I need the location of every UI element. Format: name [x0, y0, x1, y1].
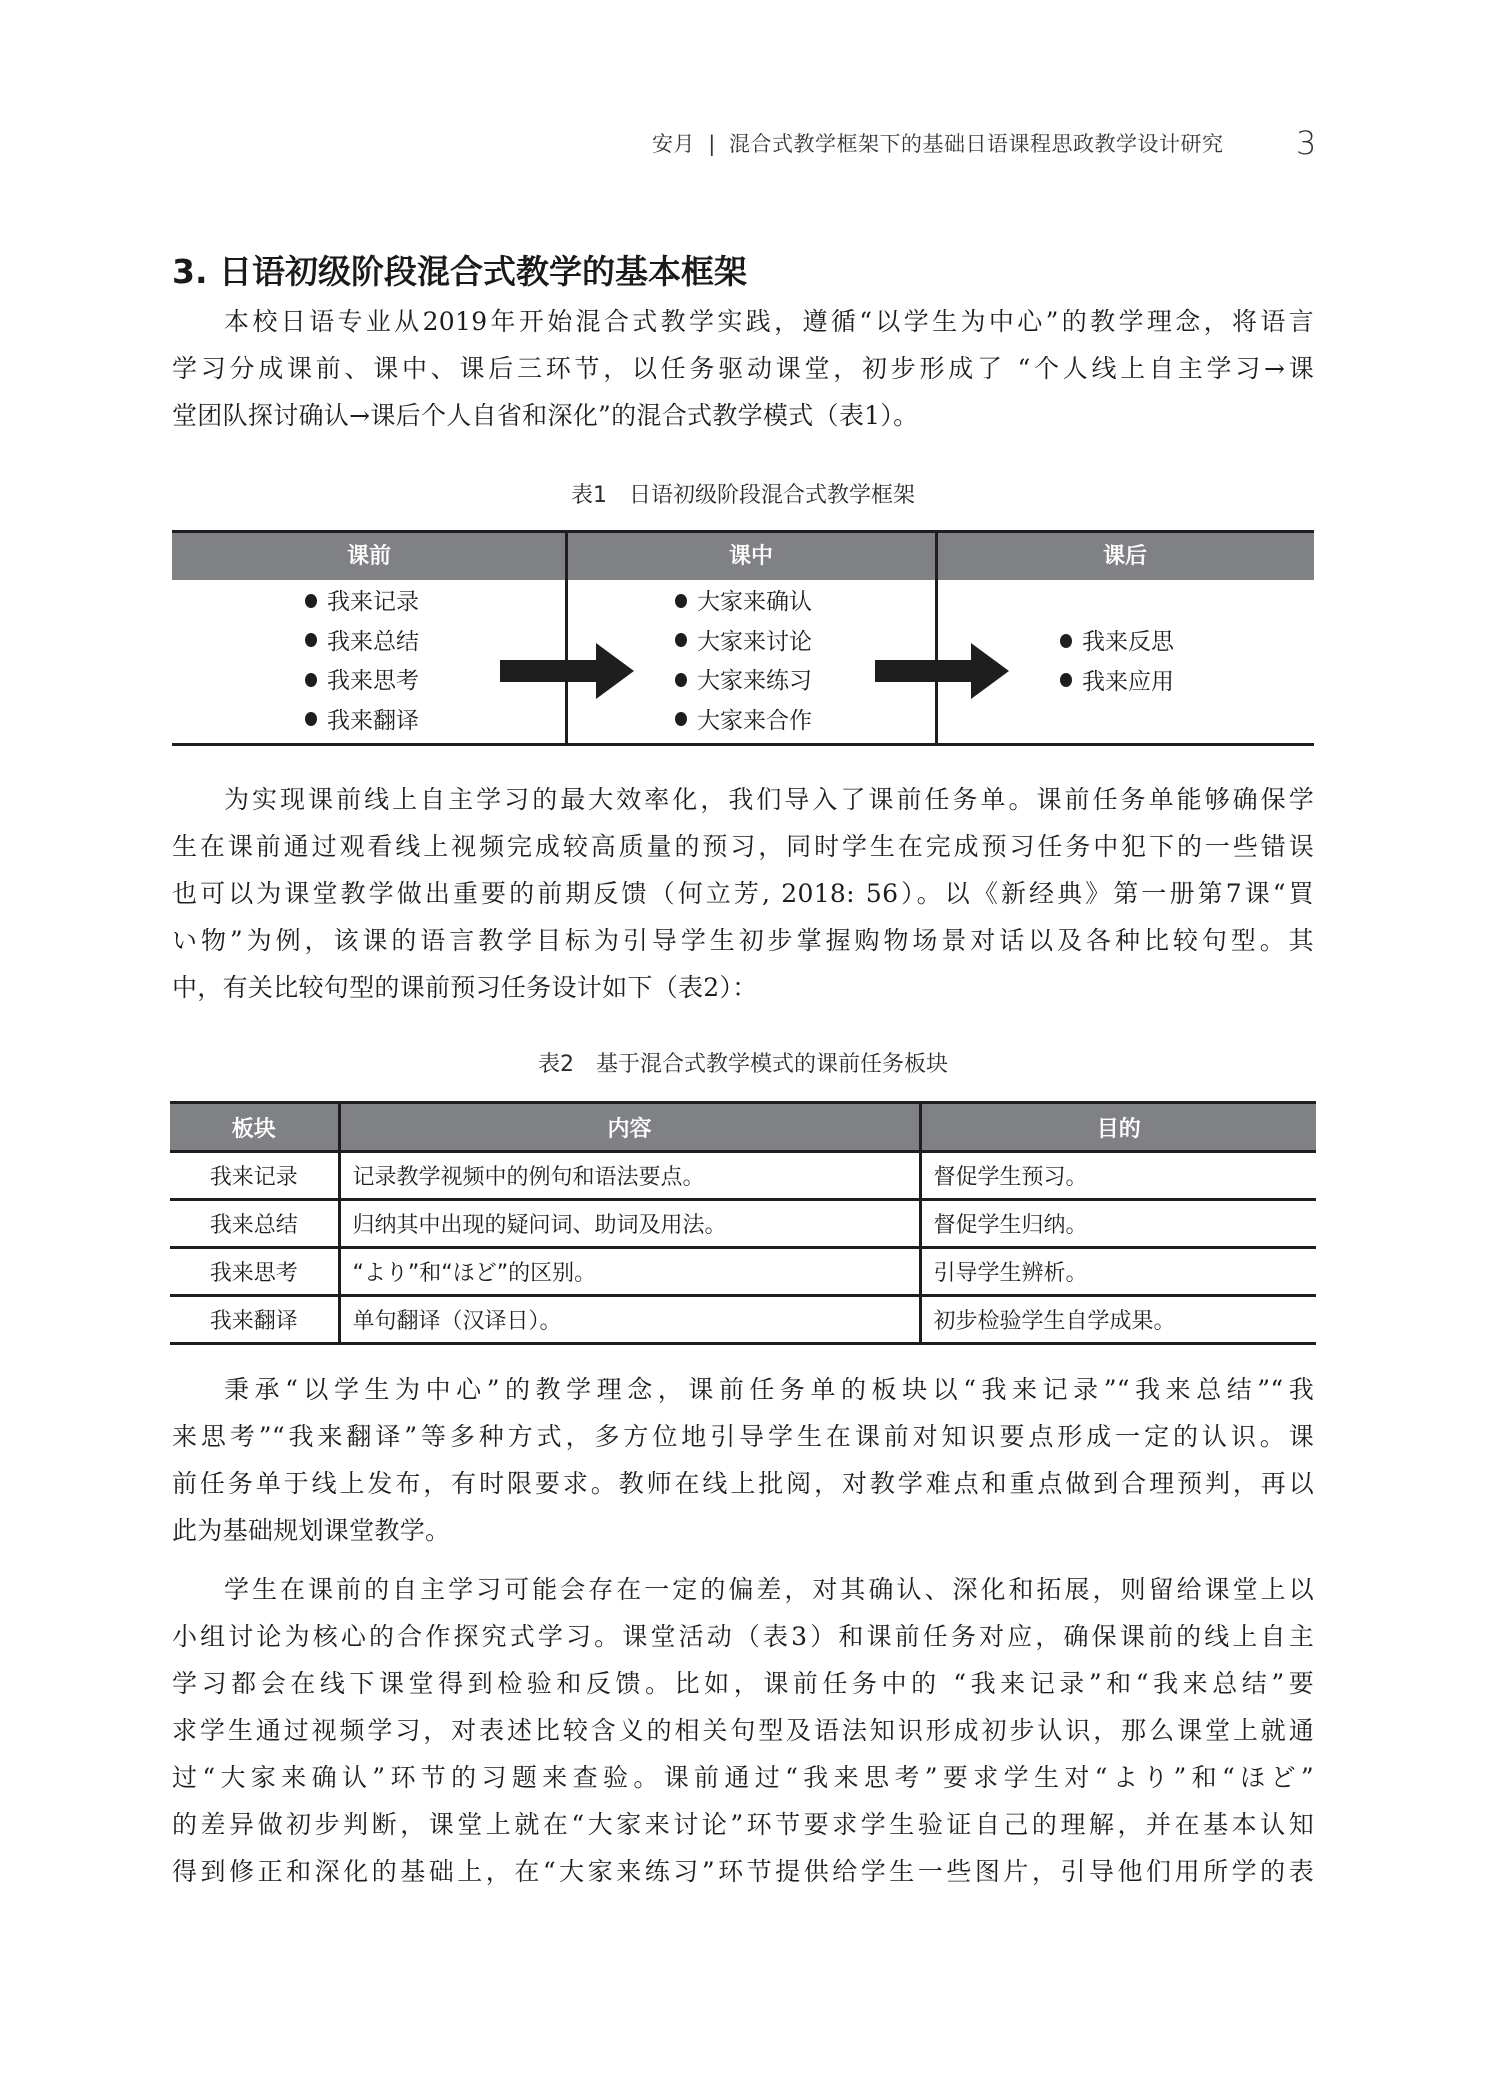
table1-before-class-list: 我来记录 我来总结 我来思考 我来翻译 [305, 583, 419, 741]
bullet-icon [305, 712, 317, 726]
bullet-icon [1060, 673, 1072, 687]
table-cell: 单句翻译（汉译日）。 [339, 1296, 920, 1343]
column-header: 板块 [170, 1104, 339, 1152]
bullet-icon [305, 633, 317, 647]
table-cell: 我来总结 [170, 1200, 339, 1248]
paragraph-line: 中，有关比较句型的课前预习任务设计如下（表2）： [172, 964, 1314, 1011]
section-heading: 3. 日语初级阶段混合式教学的基本框架 [172, 246, 747, 293]
list-item: 我来翻译 [305, 702, 419, 742]
running-head-title: 混合式教学框架下的基础日语课程思政教学设计研究 [729, 132, 1224, 156]
table1-header-after-class: 课后 [936, 533, 1314, 580]
table1-divider [935, 533, 938, 743]
paragraph-line: 也可以为课堂教学做出重要的前期反馈（何立芳, 2018: 56）。以《新经典》第… [172, 870, 1314, 917]
list-item: 我来应用 [1060, 663, 1174, 703]
page-number: 3 [1296, 124, 1316, 162]
bullet-icon [305, 673, 317, 687]
table-header-row: 板块 内容 目的 [170, 1104, 1316, 1152]
table1-header-in-class: 课中 [566, 533, 936, 580]
paragraph-line: 求学生通过视频学习，对表述比较含义的相关句型及语法知识形成初步认识，那么课堂上就… [172, 1707, 1314, 1754]
paragraph-line: 学习分成课前、课中、课后三环节，以任务驱动课堂，初步形成了 “个人线上自主学习→… [172, 345, 1314, 392]
table1-caption: 表1 日语初级阶段混合式教学框架 [172, 478, 1314, 509]
list-item: 我来总结 [305, 623, 419, 663]
paragraph-line: 学生在课前的自主学习可能会存在一定的偏差，对其确认、深化和拓展，则留给课堂上以 [172, 1566, 1314, 1613]
paragraph-line: 堂团队探讨确认→课后个人自省和深化”的混合式教学模式（表1）。 [172, 392, 1314, 439]
arrow-right-icon [500, 641, 635, 701]
bullet-icon [675, 633, 687, 647]
table-cell: 记录教学视频中的例句和语法要点。 [339, 1152, 920, 1200]
table-cell: 我来翻译 [170, 1296, 339, 1343]
paragraph-line: 本校日语专业从2019年开始混合式教学实践，遵循“以学生为中心”的教学理念，将语… [172, 298, 1314, 345]
bullet-icon [1060, 634, 1072, 648]
paragraph-line: 的差异做初步判断，课堂上就在“大家来讨论”环节要求学生验证自己的理解，并在基本认… [172, 1801, 1314, 1848]
bullet-icon [675, 673, 687, 687]
paragraph-line: 学习都会在线下课堂得到检验和反馈。比如，课前任务中的 “我来记录”和“我来总结”… [172, 1660, 1314, 1707]
table-row: 我来翻译 单句翻译（汉译日）。 初步检验学生自学成果。 [170, 1296, 1316, 1343]
list-item: 大家来练习 [675, 662, 812, 702]
running-head: 安月 | 混合式教学框架下的基础日语课程思政教学设计研究 [652, 128, 1223, 158]
paragraph-3: 秉承“以学生为中心”的教学理念，课前任务单的板块以“我来记录”“我来总结”“我 … [172, 1366, 1314, 1554]
bullet-icon [675, 712, 687, 726]
column-header: 目的 [920, 1104, 1316, 1152]
list-item: 我来反思 [1060, 623, 1174, 663]
list-item: 大家来确认 [675, 583, 812, 623]
table-row: 我来总结 归纳其中出现的疑问词、助词及用法。 督促学生归纳。 [170, 1200, 1316, 1248]
bullet-icon [675, 594, 687, 608]
paragraph-1: 本校日语专业从2019年开始混合式教学实践，遵循“以学生为中心”的教学理念，将语… [172, 298, 1314, 439]
table-row: 我来记录 记录教学视频中的例句和语法要点。 督促学生预习。 [170, 1152, 1316, 1200]
table2-pre-class-tasks: 板块 内容 目的 我来记录 记录教学视频中的例句和语法要点。 督促学生预习。 我… [170, 1101, 1316, 1345]
paragraph-line: 此为基础规划课堂教学。 [172, 1507, 1314, 1554]
list-item: 大家来合作 [675, 702, 812, 742]
list-item: 大家来讨论 [675, 623, 812, 663]
table-row: 我来思考 “より”和“ほど”的区别。 引导学生辨析。 [170, 1248, 1316, 1296]
paragraph-line: 前任务单于线上发布，有时限要求。教师在线上批阅，对教学难点和重点做到合理预判，再… [172, 1460, 1314, 1507]
table-cell: 归纳其中出现的疑问词、助词及用法。 [339, 1200, 920, 1248]
paragraph-4: 学生在课前的自主学习可能会存在一定的偏差，对其确认、深化和拓展，则留给课堂上以 … [172, 1566, 1314, 1895]
paragraph-line: 过“大家来确认”环节的习题来查验。课前通过“我来思考”要求学生对“より”和“ほど… [172, 1754, 1314, 1801]
table-cell: 我来思考 [170, 1248, 339, 1296]
table1-in-class-list: 大家来确认 大家来讨论 大家来练习 大家来合作 [675, 583, 812, 741]
table1-after-class-list: 我来反思 我来应用 [1060, 623, 1174, 702]
arrow-right-icon [875, 641, 1010, 701]
table-cell: 督促学生预习。 [920, 1152, 1316, 1200]
running-head-separator: | [708, 132, 716, 156]
list-item: 我来思考 [305, 662, 419, 702]
table-cell: “より”和“ほど”的区别。 [339, 1248, 920, 1296]
table1-framework: 课前 课中 课后 我来记录 我来总结 我来思考 我来翻译 大家来确认 大家来讨论… [172, 530, 1314, 746]
table-cell: 引导学生辨析。 [920, 1248, 1316, 1296]
table-cell: 督促学生归纳。 [920, 1200, 1316, 1248]
table1-header-before-class: 课前 [172, 533, 566, 580]
bullet-icon [305, 594, 317, 608]
table2-caption: 表2 基于混合式教学模式的课前任务板块 [172, 1047, 1314, 1078]
list-item: 我来记录 [305, 583, 419, 623]
paragraph-line: 小组讨论为核心的合作探究式学习。课堂活动（表3）和课前任务对应，确保课前的线上自… [172, 1613, 1314, 1660]
paragraph-line: 秉承“以学生为中心”的教学理念，课前任务单的板块以“我来记录”“我来总结”“我 [172, 1366, 1314, 1413]
paragraph-2: 为实现课前线上自主学习的最大效率化，我们导入了课前任务单。课前任务单能够确保学 … [172, 776, 1314, 1011]
table-cell: 初步检验学生自学成果。 [920, 1296, 1316, 1343]
paragraph-line: 得到修正和深化的基础上，在“大家来练习”环节提供给学生一些图片，引导他们用所学的… [172, 1848, 1314, 1895]
paragraph-line: 为实现课前线上自主学习的最大效率化，我们导入了课前任务单。课前任务单能够确保学 [172, 776, 1314, 823]
paragraph-line: い物”为例，该课的语言教学目标为引导学生初步掌握购物场景对话以及各种比较句型。其 [172, 917, 1314, 964]
running-head-author: 安月 [652, 132, 695, 156]
table-cell: 我来记录 [170, 1152, 339, 1200]
column-header: 内容 [339, 1104, 920, 1152]
table1-divider [565, 533, 568, 743]
paragraph-line: 生在课前通过观看线上视频完成较高质量的预习，同时学生在完成预习任务中犯下的一些错… [172, 823, 1314, 870]
paragraph-line: 来思考”“我来翻译”等多种方式，多方位地引导学生在课前对知识要点形成一定的认识。… [172, 1413, 1314, 1460]
